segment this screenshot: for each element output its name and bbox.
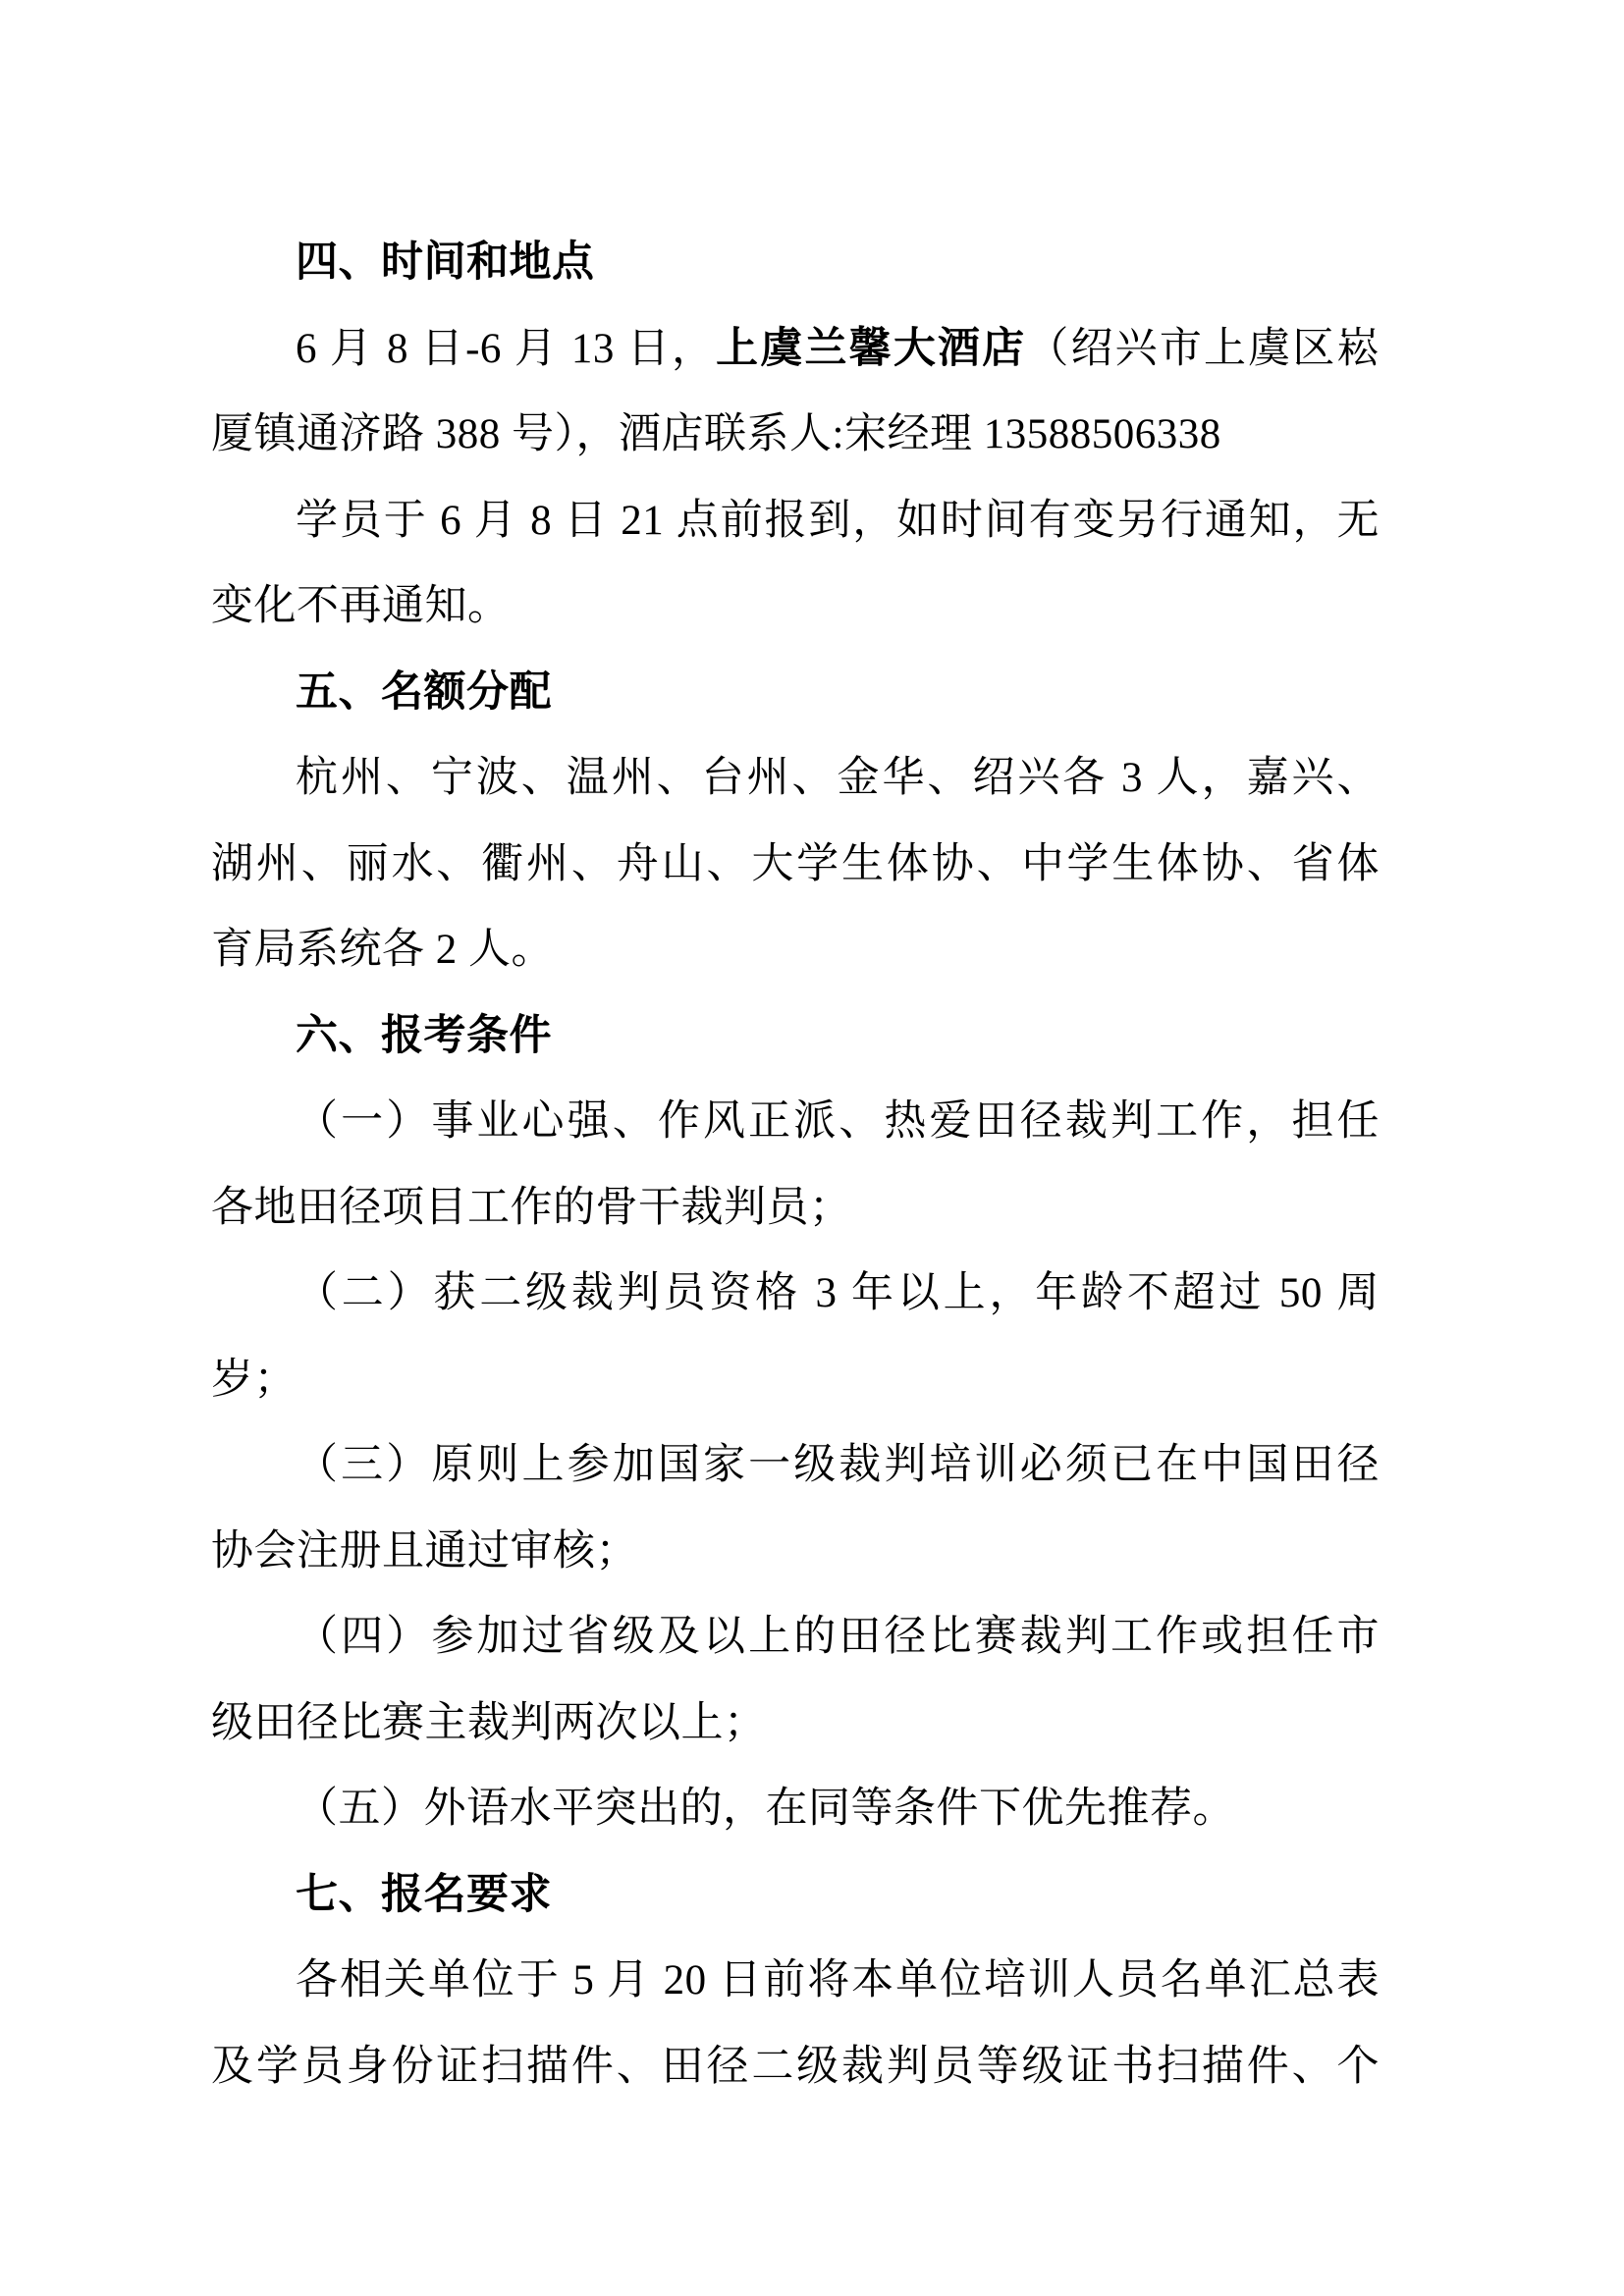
line-condition-1-end: 各地田径项目工作的骨干裁判员；: [211, 1165, 1380, 1252]
line-dates-hotel: 6 月 8 日-6 月 13 日，上虞兰馨大酒店（绍兴市上虞区崧: [211, 306, 1380, 393]
line-condition-1: （一）事业心强、作风正派、热爱田径裁判工作，担任: [211, 1079, 1380, 1165]
document-page: 四、时间和地点 6 月 8 日-6 月 13 日，上虞兰馨大酒店（绍兴市上虞区崧…: [0, 0, 1624, 2296]
hotel-address-start: （绍兴市上虞区崧: [1026, 326, 1380, 372]
line-condition-5: （五）外语水平突出的，在同等条件下优先推荐。: [211, 1766, 1380, 1852]
line-checkin-notice-end: 变化不再通知。: [211, 563, 1380, 650]
heading-application-conditions: 六、报考条件: [211, 993, 1380, 1080]
line-condition-4-end: 级田径比赛主裁判两次以上；: [211, 1681, 1380, 1767]
line-quota-cities-2: 湖州、丽水、衢州、舟山、大学生体协、中学生体协、省体: [211, 822, 1380, 908]
heading-registration-requirements: 七、报名要求: [211, 1852, 1380, 1939]
document-content: 四、时间和地点 6 月 8 日-6 月 13 日，上虞兰馨大酒店（绍兴市上虞区崧…: [211, 220, 1380, 2109]
heading-time-location: 四、时间和地点: [211, 220, 1380, 306]
line-condition-3: （三）原则上参加国家一级裁判培训必须已在中国田径: [211, 1422, 1380, 1509]
line-registration-materials: 及学员身份证扫描件、田径二级裁判员等级证书扫描件、个: [211, 2024, 1380, 2110]
line-checkin-notice: 学员于 6 月 8 日 21 点前报到，如时间有变另行通知，无: [211, 478, 1380, 564]
line-quota-cities-1: 杭州、宁波、温州、台州、金华、绍兴各 3 人，嘉兴、: [211, 735, 1380, 822]
line-condition-2: （二）获二级裁判员资格 3 年以上，年龄不超过 50 周: [211, 1251, 1380, 1337]
hotel-name-bold: 上虞兰馨大酒店: [716, 326, 1026, 372]
line-condition-2-end: 岁；: [211, 1337, 1380, 1423]
line-condition-4: （四）参加过省级及以上的田径比赛裁判工作或担任市: [211, 1594, 1380, 1681]
line-registration-deadline: 各相关单位于 5 月 20 日前将本单位培训人员名单汇总表: [211, 1938, 1380, 2024]
line-quota-cities-end: 育局系统各 2 人。: [211, 907, 1380, 993]
line-condition-3-end: 协会注册且通过审核；: [211, 1509, 1380, 1595]
line-address-contact: 厦镇通济路 388 号），酒店联系人:宋经理 13588506338: [211, 392, 1380, 478]
dates-text: 6 月 8 日-6 月 13 日，: [296, 326, 716, 372]
heading-quota-allocation: 五、名额分配: [211, 650, 1380, 736]
